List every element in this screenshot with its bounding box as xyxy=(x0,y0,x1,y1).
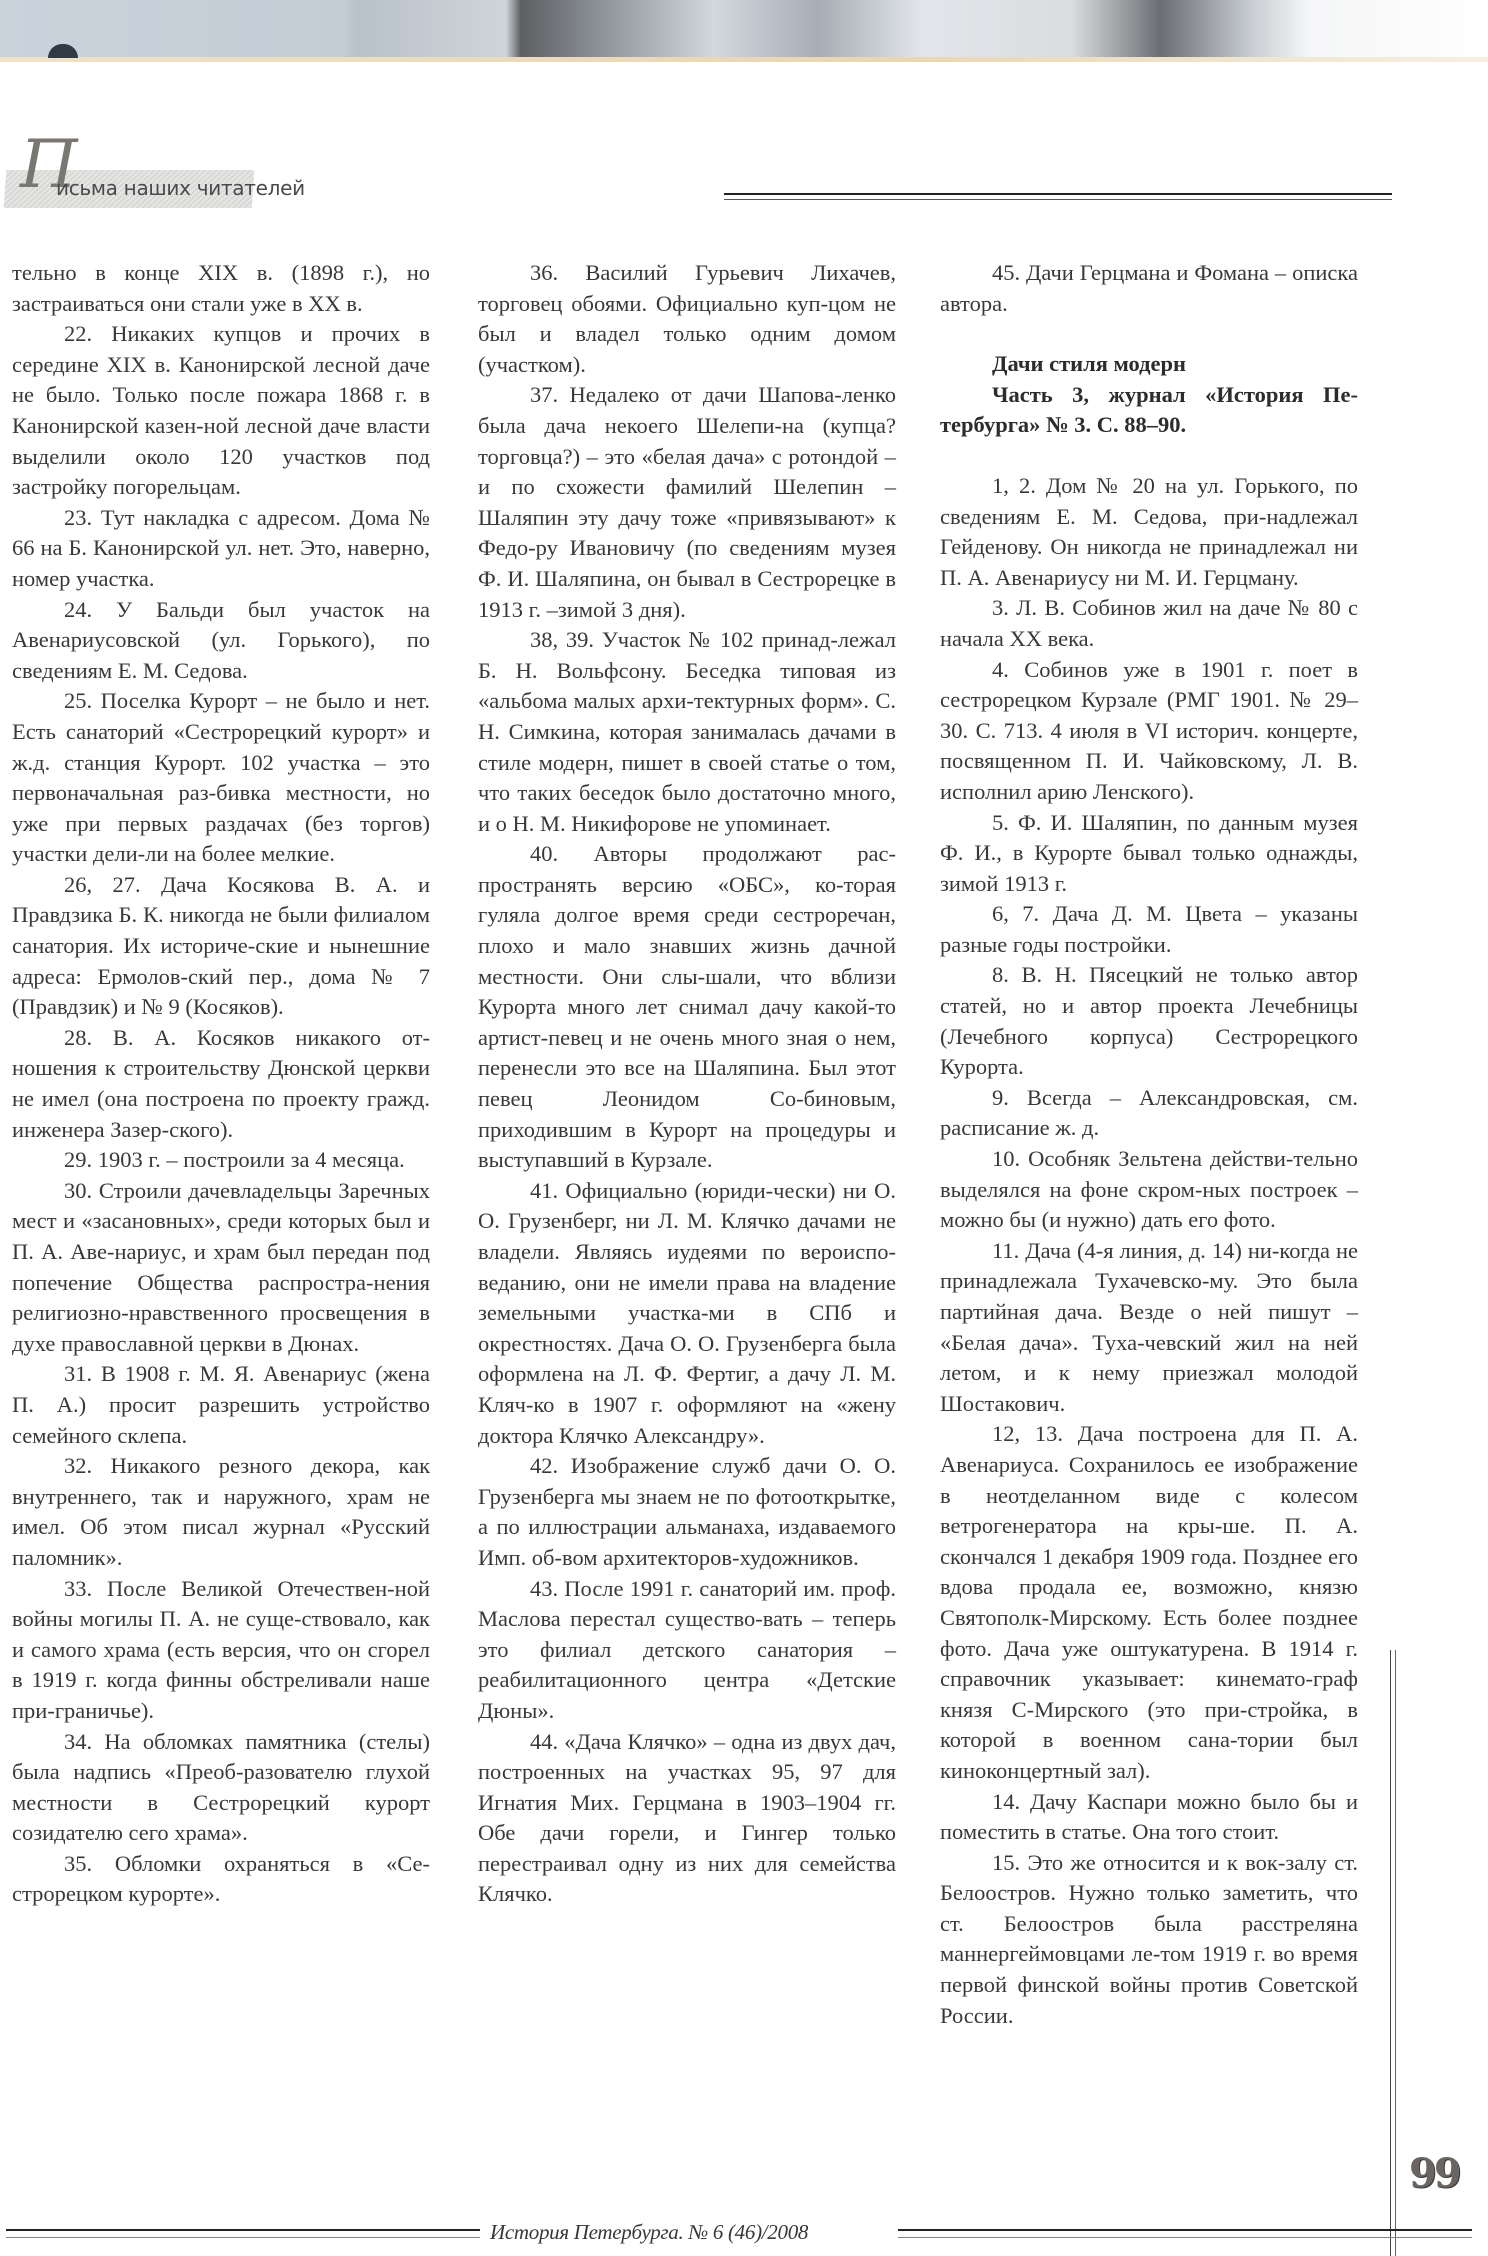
note-35: 35. Обломки охраняться в «Се-строрецком … xyxy=(12,1849,430,1910)
note-43: 43. После 1991 г. санаторий им. проф. Ма… xyxy=(478,1574,896,1727)
header-rule-bottom xyxy=(724,199,1392,200)
footer-rule-right xyxy=(898,2229,1472,2238)
note-12-13: 12, 13. Дача построена для П. А. Авенари… xyxy=(940,1419,1358,1786)
note-23: 23. Тут накладка с адресом. Дома № 66 на… xyxy=(12,503,430,595)
note-31: 31. В 1908 г. М. Я. Авенариус (жена П. А… xyxy=(12,1359,430,1451)
note-15: 15. Это же относится и к вок-залу ст. Бе… xyxy=(940,1848,1358,2032)
footer-rule-left xyxy=(6,2229,480,2238)
footer-journal-title: История Петербурга. № 6 (46)/2008 xyxy=(490,2220,808,2245)
header-photo-strip xyxy=(0,0,1488,58)
spacer xyxy=(940,319,1358,349)
note-6-7: 6, 7. Дача Д. М. Цвета – указаны разные … xyxy=(940,899,1358,960)
note-40: 40. Авторы продолжают рас-пространять ве… xyxy=(478,839,896,1176)
note-11: 11. Дача (4-я линия, д. 14) ни-когда не … xyxy=(940,1236,1358,1420)
note-10: 10. Особняк Зельтена действи-тельно выде… xyxy=(940,1144,1358,1236)
margin-rule xyxy=(1390,1650,1391,2256)
note-34: 34. На обломках памятника (стелы) была н… xyxy=(12,1727,430,1849)
note-29: 29. 1903 г. – построили за 4 месяца. xyxy=(12,1145,430,1176)
note-25: 25. Поселка Курорт – не было и нет. Есть… xyxy=(12,686,430,870)
note-1-2: 1, 2. Дом № 20 на ул. Горького, по сведе… xyxy=(940,471,1358,593)
paragraph: тельно в конце XIX в. (1898 г.), но заст… xyxy=(12,258,430,319)
note-38-39: 38, 39. Участок № 102 принад-лежал Б. Н.… xyxy=(478,625,896,839)
note-5: 5. Ф. И. Шаляпин, по данным музея Ф. И.,… xyxy=(940,808,1358,900)
note-44: 44. «Дача Клячко» – одна из двух дач, по… xyxy=(478,1727,896,1911)
note-9: 9. Всегда – Александровская, см. расписа… xyxy=(940,1083,1358,1144)
note-37: 37. Недалеко от дачи Шапова-ленко была д… xyxy=(478,380,896,625)
note-14: 14. Дачу Каспари можно было бы и помести… xyxy=(940,1787,1358,1848)
note-30: 30. Строили дачевладельцы Заречных мест … xyxy=(12,1176,430,1360)
text-column-1: тельно в конце XIX в. (1898 г.), но заст… xyxy=(12,258,430,1910)
header-rule-top xyxy=(724,193,1392,195)
note-26-27: 26, 27. Дача Косякова В. А. и Правдзика … xyxy=(12,870,430,1023)
note-8: 8. В. Н. Пясецкий не только автор статей… xyxy=(940,960,1358,1082)
note-45: 45. Дачи Герцмана и Фомана – описка авто… xyxy=(940,258,1358,319)
note-24: 24. У Бальди был участок на Авенариусовс… xyxy=(12,595,430,687)
margin-rule xyxy=(1395,1650,1396,2256)
note-36: 36. Василий Гурьевич Лихачев, торговец о… xyxy=(478,258,896,380)
subsection-heading: Дачи стиля модерн xyxy=(940,349,1358,380)
page-number: 99 xyxy=(1409,2150,1459,2197)
note-32: 32. Никакого резного декора, как внутрен… xyxy=(12,1451,430,1573)
note-42: 42. Изображение служб дачи О. О. Грузенб… xyxy=(478,1451,896,1573)
note-33: 33. После Великой Отечествен-ной войны м… xyxy=(12,1574,430,1727)
text-column-3: 45. Дачи Герцмана и Фомана – описка авто… xyxy=(940,258,1358,2031)
section-title: исьма наших читателей xyxy=(56,176,305,200)
note-3: 3. Л. В. Собинов жил на даче № 80 с нача… xyxy=(940,593,1358,654)
note-22: 22. Никаких купцов и прочих в середине X… xyxy=(12,319,430,503)
subsection-reference: Часть 3, журнал «История Пе-тербурга» № … xyxy=(940,380,1358,441)
text-column-2: 36. Василий Гурьевич Лихачев, торговец о… xyxy=(478,258,896,1910)
note-4: 4. Собинов уже в 1901 г. поет в сестроре… xyxy=(940,655,1358,808)
note-41: 41. Официально (юриди-чески) ни О. О. Гр… xyxy=(478,1176,896,1451)
note-28: 28. В. А. Косяков никакого от-ношения к … xyxy=(12,1023,430,1145)
spacer xyxy=(940,441,1358,471)
